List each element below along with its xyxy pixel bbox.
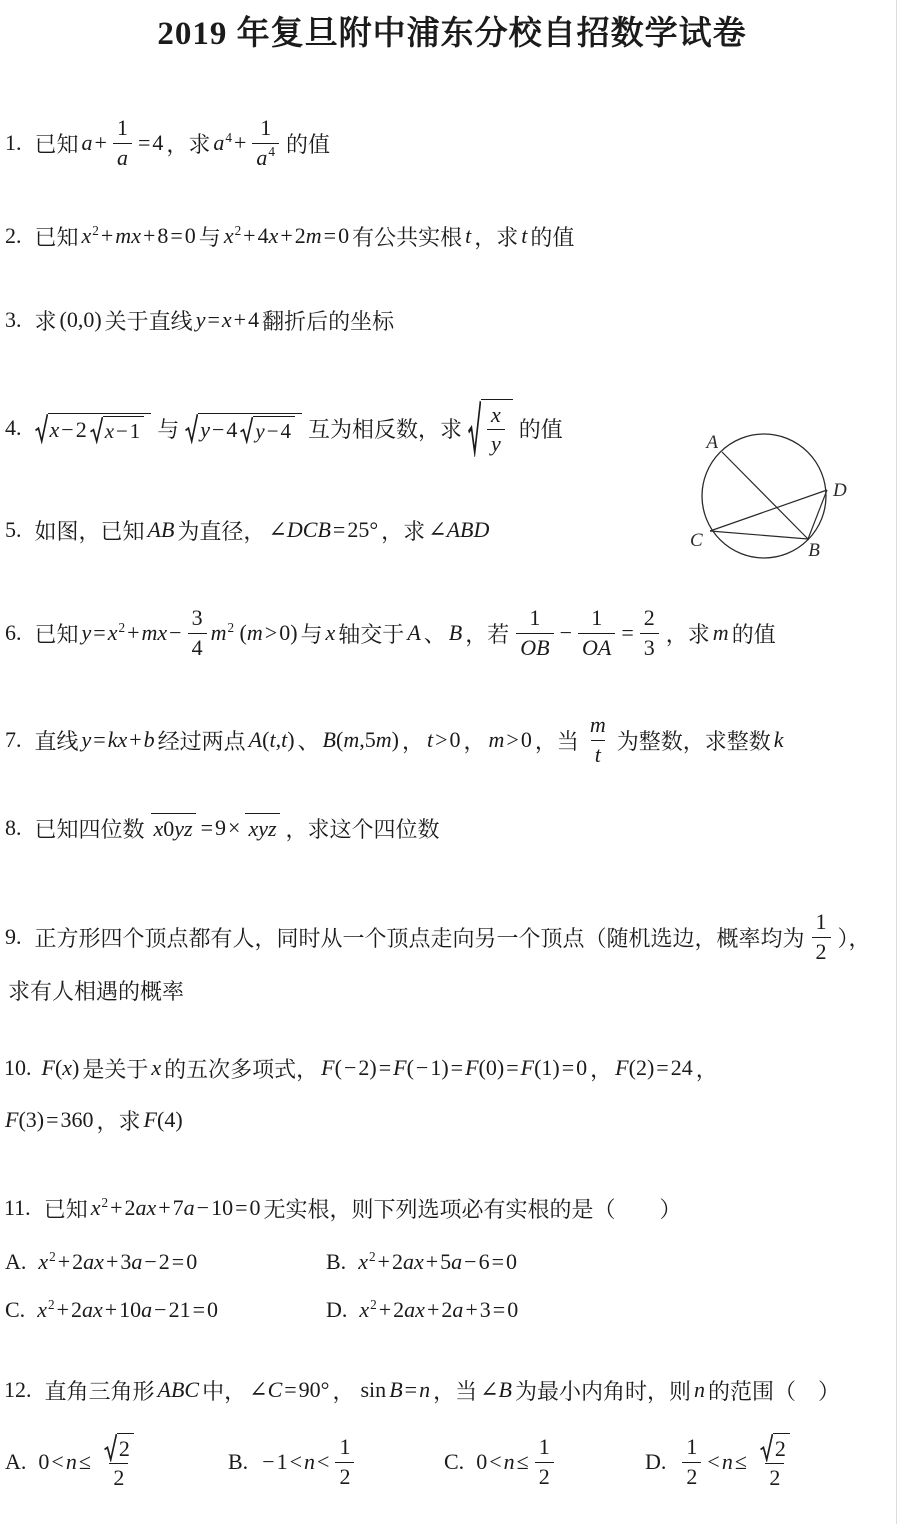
scan-edge-line	[896, 0, 897, 1524]
chord-cd	[710, 490, 827, 531]
question-text: 直线y=kx+b经过两点A(t,t)、B(m,5m)，t>0，m>0，当mt为整…	[32, 712, 784, 768]
point-label-c: C	[690, 530, 703, 551]
question-number: 10.	[4, 1055, 32, 1081]
option-text: x2+2ax+10a−21=0	[37, 1297, 218, 1323]
point-label-d: D	[832, 480, 847, 501]
question-3: 3. 求(0,0)关于直线y=x+4翻折后的坐标	[5, 288, 397, 352]
question-10-line-2: F(3)=360，求F(4)	[5, 1088, 183, 1152]
circle-diagram: A D C B	[688, 418, 904, 574]
chord-ab	[722, 452, 808, 539]
option-text: 12<n≤22	[678, 1433, 801, 1492]
option-label: A.	[5, 1449, 26, 1475]
question-number: 12.	[4, 1377, 32, 1403]
option-text: 0<n≤22	[38, 1433, 145, 1492]
question-5: 5. 如图，已知AB为直径，∠DCB=25°，求∠ABD	[5, 498, 489, 562]
question-number: 9.	[5, 924, 22, 950]
option-text: 0<n≤12	[476, 1434, 558, 1490]
option-label: C.	[444, 1449, 464, 1475]
question-number: 3.	[5, 307, 22, 333]
question-text: 已知y=x2+mx−34m2 (m>0)与x轴交于A、B，若1OB−1OA=23…	[32, 605, 779, 661]
question-12: 12. 直角三角形ABC中，∠C=90°，sinB=n，当∠B为最小内角时，则n…	[4, 1358, 843, 1422]
question-text: F(3)=360，求F(4)	[5, 1105, 183, 1136]
option-label: D.	[326, 1297, 347, 1323]
question-text: 已知x2+2ax+7a−10=0无实根，则下列选项必有实根的是（ ）	[41, 1193, 685, 1224]
question-number: 7.	[5, 727, 22, 753]
question-text: 直角三角形ABC中，∠C=90°，sinB=n，当∠B为最小内角时，则n的范围（…	[42, 1375, 844, 1406]
circle-figure: A D C B	[688, 418, 904, 574]
question-12-option-c: C. 0<n≤12	[444, 1430, 558, 1494]
question-9-line-2: 求有人相遇的概率	[5, 958, 187, 1022]
question-text: 如图，已知AB为直径，∠DCB=25°，求∠ABD	[32, 515, 490, 546]
question-number: 2.	[5, 223, 22, 249]
option-label: B.	[326, 1249, 346, 1275]
point-label-b: B	[808, 540, 820, 561]
question-7: 7. 直线y=kx+b经过两点A(t,t)、B(m,5m)，t>0，m>0，当m…	[5, 708, 784, 772]
question-12-option-b: B. −1<n<12	[228, 1430, 358, 1494]
question-4: 4. x−2x−1与y−4y−4互为相反数，求xy的值	[5, 396, 566, 460]
question-8: 8. 已知四位数x0yz=9×xyz，求这个四位数	[5, 796, 443, 860]
option-text: x2+2ax+3a−2=0	[38, 1249, 197, 1275]
question-text: 已知a+1a=4，求a4+1a4的值	[32, 115, 334, 171]
question-12-option-a: A. 0<n≤22	[5, 1430, 145, 1494]
question-number: 5.	[5, 517, 22, 543]
question-text: 求有人相遇的概率	[5, 975, 187, 1006]
point-label-a: A	[704, 432, 718, 453]
question-12-option-d: D. 12<n≤22	[645, 1430, 801, 1494]
option-text: x2+2ax+2a+3=0	[359, 1297, 518, 1323]
question-text: x−2x−1与y−4y−4互为相反数，求xy的值	[32, 399, 566, 458]
option-text: x2+2ax+5a−6=0	[358, 1249, 517, 1275]
question-number: 11.	[4, 1195, 31, 1221]
question-11-option-c: C. x2+2ax+10a−21=0	[5, 1278, 218, 1342]
option-label: B.	[228, 1449, 248, 1475]
exam-page: 2019 年复旦附中浦东分校自招数学试卷 1. 已知a+1a=4，求a4+1a4…	[0, 0, 904, 1524]
question-2: 2. 已知x2+mx+8=0与x2+4x+2m=0有公共实根t，求t的值	[5, 204, 577, 268]
option-text: −1<n<12	[260, 1434, 358, 1490]
question-text: 已知x2+mx+8=0与x2+4x+2m=0有公共实根t，求t的值	[32, 221, 578, 252]
question-number: 6.	[5, 620, 22, 646]
question-11-option-d: D. x2+2ax+2a+3=0	[326, 1278, 518, 1342]
page-title: 2019 年复旦附中浦东分校自招数学试卷	[0, 12, 904, 56]
question-number: 8.	[5, 815, 22, 841]
option-label: A.	[5, 1249, 26, 1275]
question-text: F(x)是关于x的五次多项式，F(−2)=F(−1)=F(0)=F(1)=0，F…	[42, 1053, 721, 1084]
question-number: 4.	[5, 415, 22, 441]
chord-db	[808, 490, 827, 539]
option-label: D.	[645, 1449, 666, 1475]
option-label: C.	[5, 1297, 25, 1323]
question-6: 6. 已知y=x2+mx−34m2 (m>0)与x轴交于A、B，若1OB−1OA…	[5, 601, 779, 665]
chord-cb	[710, 531, 808, 539]
question-text: 求(0,0)关于直线y=x+4翻折后的坐标	[32, 305, 398, 336]
question-1: 1. 已知a+1a=4，求a4+1a4的值	[5, 111, 333, 175]
question-text: 已知四位数x0yz=9×xyz，求这个四位数	[32, 813, 443, 844]
question-text: 正方形四个顶点都有人，同时从一个顶点走向另一个顶点（随机选边，概率均为12），	[32, 909, 874, 965]
question-number: 1.	[5, 130, 22, 156]
